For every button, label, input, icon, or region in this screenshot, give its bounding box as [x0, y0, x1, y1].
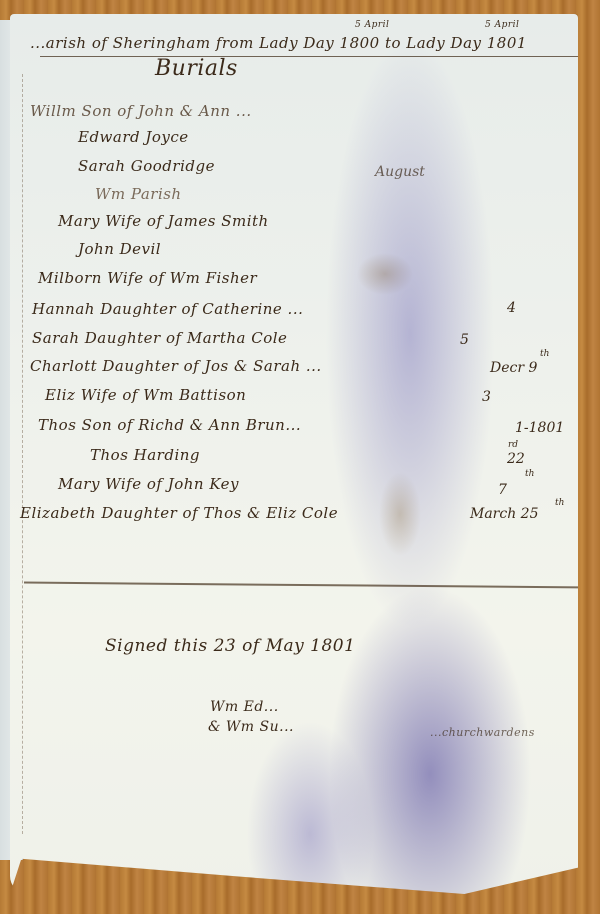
register-page: 5 April 5 April ...arish of Sheringham f… [10, 14, 578, 894]
section-divider [24, 582, 584, 589]
header-rule [40, 56, 580, 57]
date-superscript: rd [508, 440, 518, 450]
burial-entry: Thos Harding [90, 446, 200, 464]
burial-entry: Mary Wife of James Smith [58, 212, 269, 230]
page-title: Burials [155, 56, 238, 81]
burial-entry: Eliz Wife of Wm Battison [45, 386, 246, 404]
date-superscript: th [555, 498, 564, 508]
burial-date: 5 [460, 332, 469, 348]
margin-rule [22, 74, 23, 834]
burial-entry: John Devil [78, 240, 161, 258]
burial-date: March 25 [470, 506, 539, 522]
burial-date: Decr 9 [490, 360, 537, 376]
signature: Wm Ed... [210, 699, 279, 715]
burial-date: 7 [498, 482, 507, 498]
burial-entry: Charlott Daughter of Jos & Sarah ... [30, 357, 322, 375]
header-note-left: 5 April [355, 20, 389, 30]
signed-statement: Signed this 23 of May 1801 [105, 636, 355, 656]
burial-entry: Elizabeth Daughter of Thos & Eliz Cole [20, 504, 338, 522]
burial-date: 4 [507, 300, 516, 316]
burial-entry: Mary Wife of John Key [58, 475, 239, 493]
signature: & Wm Su... [208, 719, 294, 735]
burial-entry: Milborn Wife of Wm Fisher [38, 269, 257, 287]
burial-entry: Thos Son of Richd & Ann Brun... [38, 416, 301, 434]
burial-date: 3 [482, 389, 491, 405]
burial-entry: Wm Parish [95, 185, 182, 203]
signature-role: ...churchwardens [430, 726, 535, 739]
header-note-right: 5 April [485, 20, 519, 30]
burial-date: August [375, 164, 425, 180]
burial-entry: Willm Son of John & Ann ... [30, 102, 252, 120]
burial-entry: Sarah Goodridge [78, 157, 215, 175]
date-superscript: th [540, 349, 549, 359]
page-header: ...arish of Sheringham from Lady Day 180… [30, 34, 527, 52]
burial-entry: Hannah Daughter of Catherine ... [32, 300, 303, 318]
burial-date: 22 [507, 451, 525, 467]
date-superscript: th [525, 469, 534, 479]
burial-entry: Edward Joyce [78, 128, 189, 146]
burial-date: 1-1801 [515, 420, 564, 436]
burial-entry: Sarah Daughter of Martha Cole [32, 329, 287, 347]
